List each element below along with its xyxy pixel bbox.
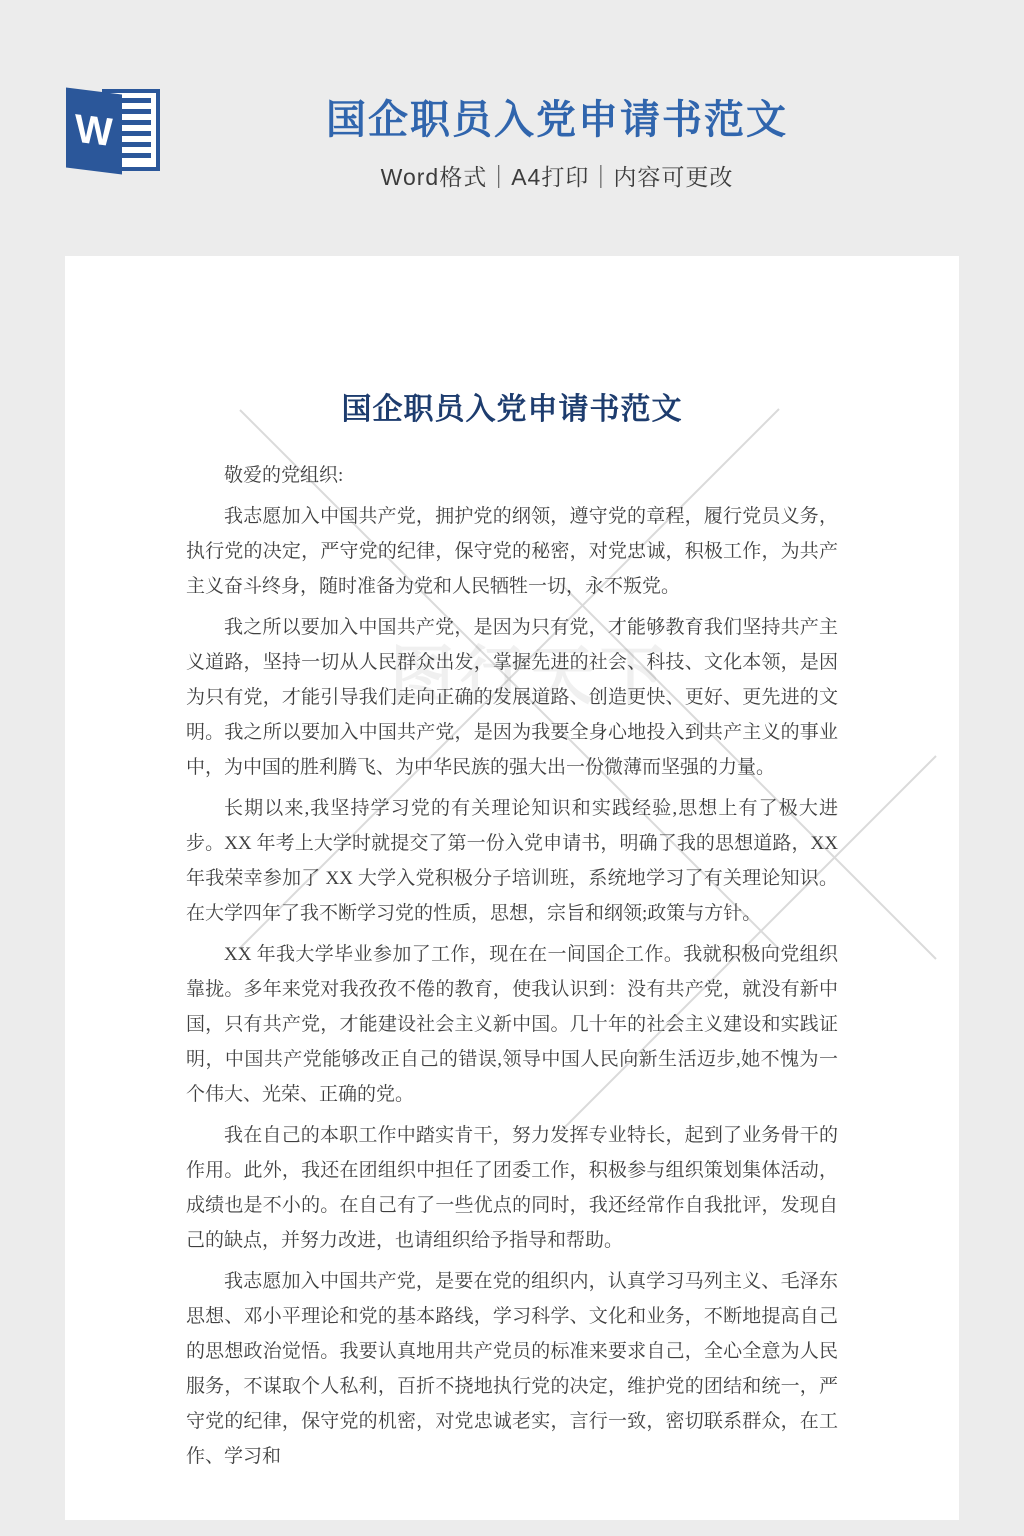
document-title: 国企职员入党申请书范文: [65, 256, 959, 428]
document-paragraph: 我志愿加入中国共产党，是要在党的组织内，认真学习马列主义、毛泽东思想、邓小平理论…: [186, 1264, 838, 1474]
document-paragraph: 我之所以要加入中国共产党，是因为只有党，才能够教育我们坚持共产主义道路，坚持一切…: [186, 610, 838, 785]
document-body: 敬爱的党组织: 我志愿加入中国共产党，拥护党的纲领，遵守党的章程，履行党员义务，…: [186, 458, 838, 1474]
page-subtitle: Word格式｜A4打印｜内容可更改: [90, 159, 1024, 192]
document-paragraph: XX 年我大学毕业参加了工作，现在在一间国企工作。我就积极向党组织靠拢。多年来党…: [186, 937, 838, 1112]
document-paragraph: 我在自己的本职工作中踏实肯干，努力发挥专业特长，起到了业务骨干的作用。此外，我还…: [186, 1118, 838, 1258]
document-paragraph: 我志愿加入中国共产党，拥护党的纲领，遵守党的章程，履行党员义务，执行党的决定，严…: [186, 499, 838, 604]
header: W 国企职员入党申请书范文 Word格式｜A4打印｜内容可更改: [0, 0, 1024, 256]
document-paragraph: 长期以来,我坚持学习党的有关理论知识和实践经验,思想上有了极大进步。XX 年考上…: [186, 791, 838, 931]
template-preview: W 国企职员入党申请书范文 Word格式｜A4打印｜内容可更改 图行天下 国企职…: [0, 0, 1024, 1536]
greeting-line: 敬爱的党组织:: [186, 458, 838, 493]
header-text-block: 国企职员入党申请书范文 Word格式｜A4打印｜内容可更改: [90, 88, 1024, 192]
page-title: 国企职员入党申请书范文: [90, 88, 1024, 145]
document-page: 图行天下 国企职员入党申请书范文 敬爱的党组织: 我志愿加入中国共产党，拥护党的…: [65, 256, 959, 1520]
